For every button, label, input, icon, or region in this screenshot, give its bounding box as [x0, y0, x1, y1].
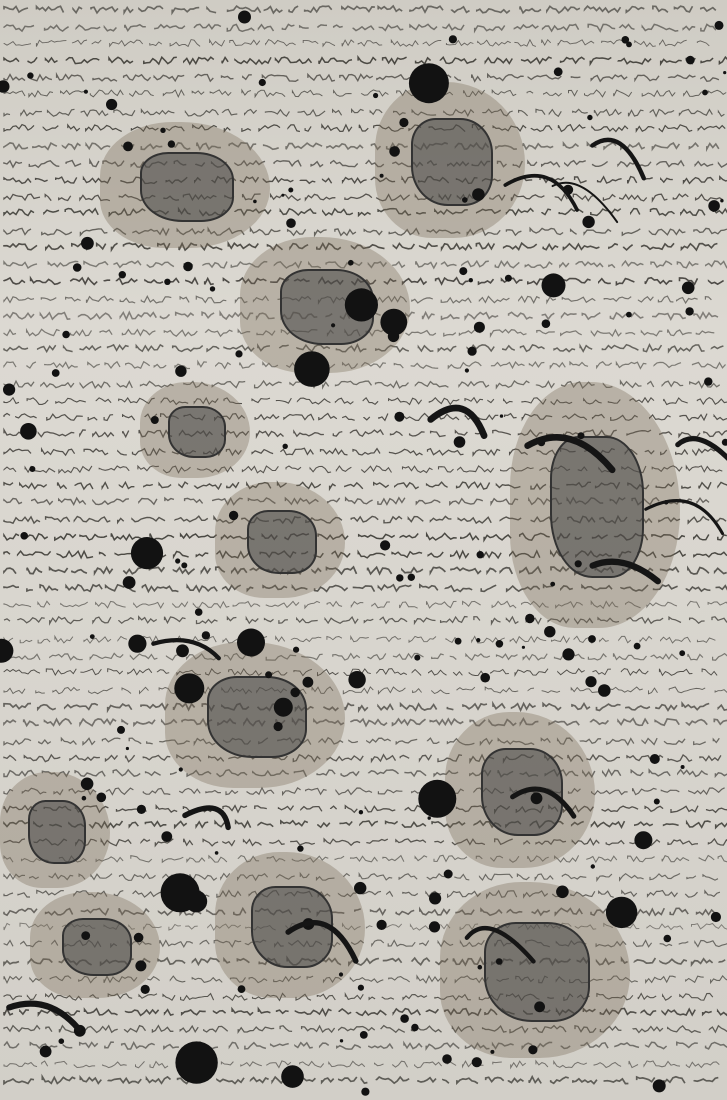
artwork-canvas [0, 0, 727, 1100]
ink-splatters [0, 0, 727, 1100]
